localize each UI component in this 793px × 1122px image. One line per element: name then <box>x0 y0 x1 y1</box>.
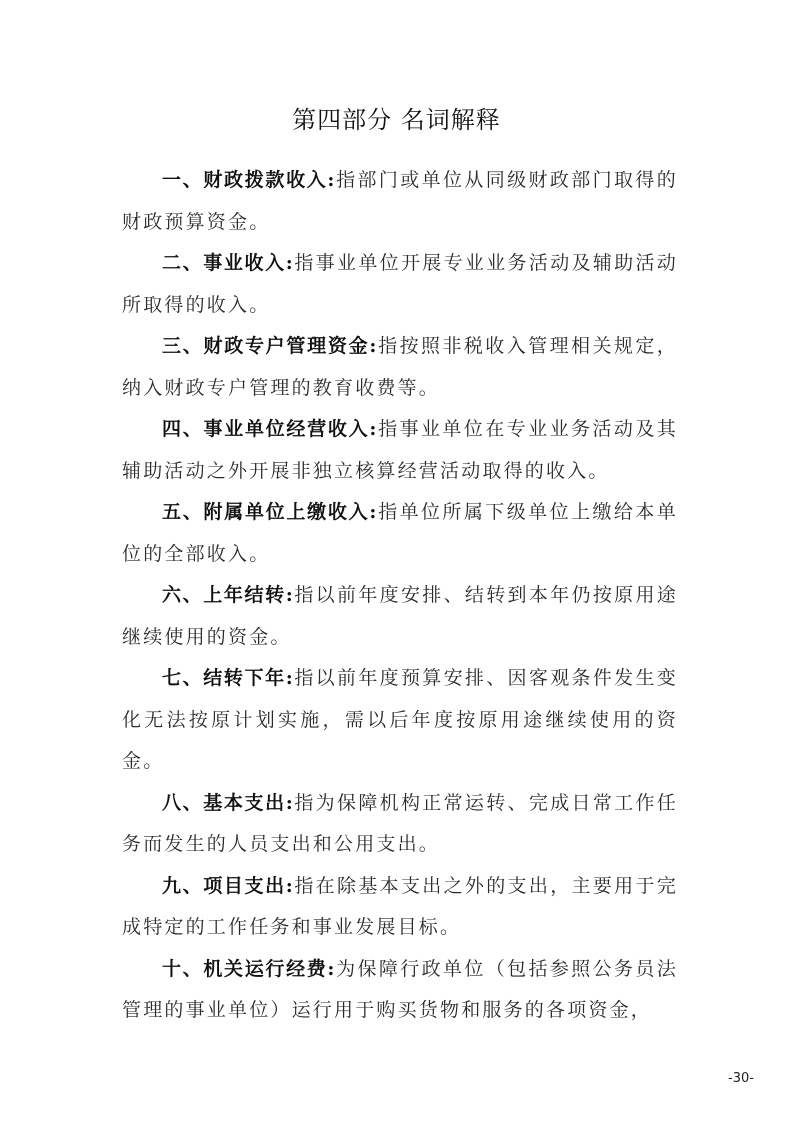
glossary-entry: 十、机关运行经费:为保障行政单位（包括参照公务员法管理的事业单位）运行用于购买货… <box>122 949 678 1032</box>
entry-term: 六、上年结转: <box>162 584 294 606</box>
entry-term: 九、项目支出: <box>162 875 294 897</box>
entry-term: 一、财政拨款收入: <box>162 169 336 191</box>
glossary-entry: 九、项目支出:指在除基本支出之外的支出，主要用于完成特定的工作任务和事业发展目标… <box>122 866 678 949</box>
glossary-entry: 四、事业单位经营收入:指事业单位在专业业务活动及其辅助活动之外开展非独立核算经营… <box>122 409 678 492</box>
glossary-list: 一、财政拨款收入:指部门或单位从同级财政部门取得的财政预算资金。 二、事业收入:… <box>122 160 678 1032</box>
page-number: -30- <box>728 1071 754 1086</box>
entry-term: 十、机关运行经费: <box>162 958 336 980</box>
entry-term: 八、基本支出: <box>162 792 294 814</box>
glossary-entry: 八、基本支出:指为保障机构正常运转、完成日常工作任务而发生的人员支出和公用支出。 <box>122 783 678 866</box>
entry-term: 四、事业单位经营收入: <box>162 418 378 440</box>
glossary-entry: 三、财政专户管理资金:指按照非税收入管理相关规定，纳入财政专户管理的教育收费等。 <box>122 326 678 409</box>
entry-term: 五、附属单位上缴收入: <box>162 501 378 523</box>
glossary-entry: 七、结转下年:指以前年度预算安排、因客观条件发生变化无法按原计划实施，需以后年度… <box>122 658 678 783</box>
glossary-entry: 二、事业收入:指事业单位开展专业业务活动及辅助活动所取得的收入。 <box>122 243 678 326</box>
entry-term: 三、财政专户管理资金: <box>162 335 378 357</box>
entry-term: 二、事业收入: <box>162 252 294 274</box>
glossary-entry: 五、附属单位上缴收入:指单位所属下级单位上缴给本单位的全部收入。 <box>122 492 678 575</box>
glossary-entry: 一、财政拨款收入:指部门或单位从同级财政部门取得的财政预算资金。 <box>122 160 678 243</box>
glossary-entry: 六、上年结转:指以前年度安排、结转到本年仍按原用途继续使用的资金。 <box>122 575 678 658</box>
page-title: 第四部分 名词解释 <box>0 100 793 135</box>
entry-term: 七、结转下年: <box>162 667 294 689</box>
